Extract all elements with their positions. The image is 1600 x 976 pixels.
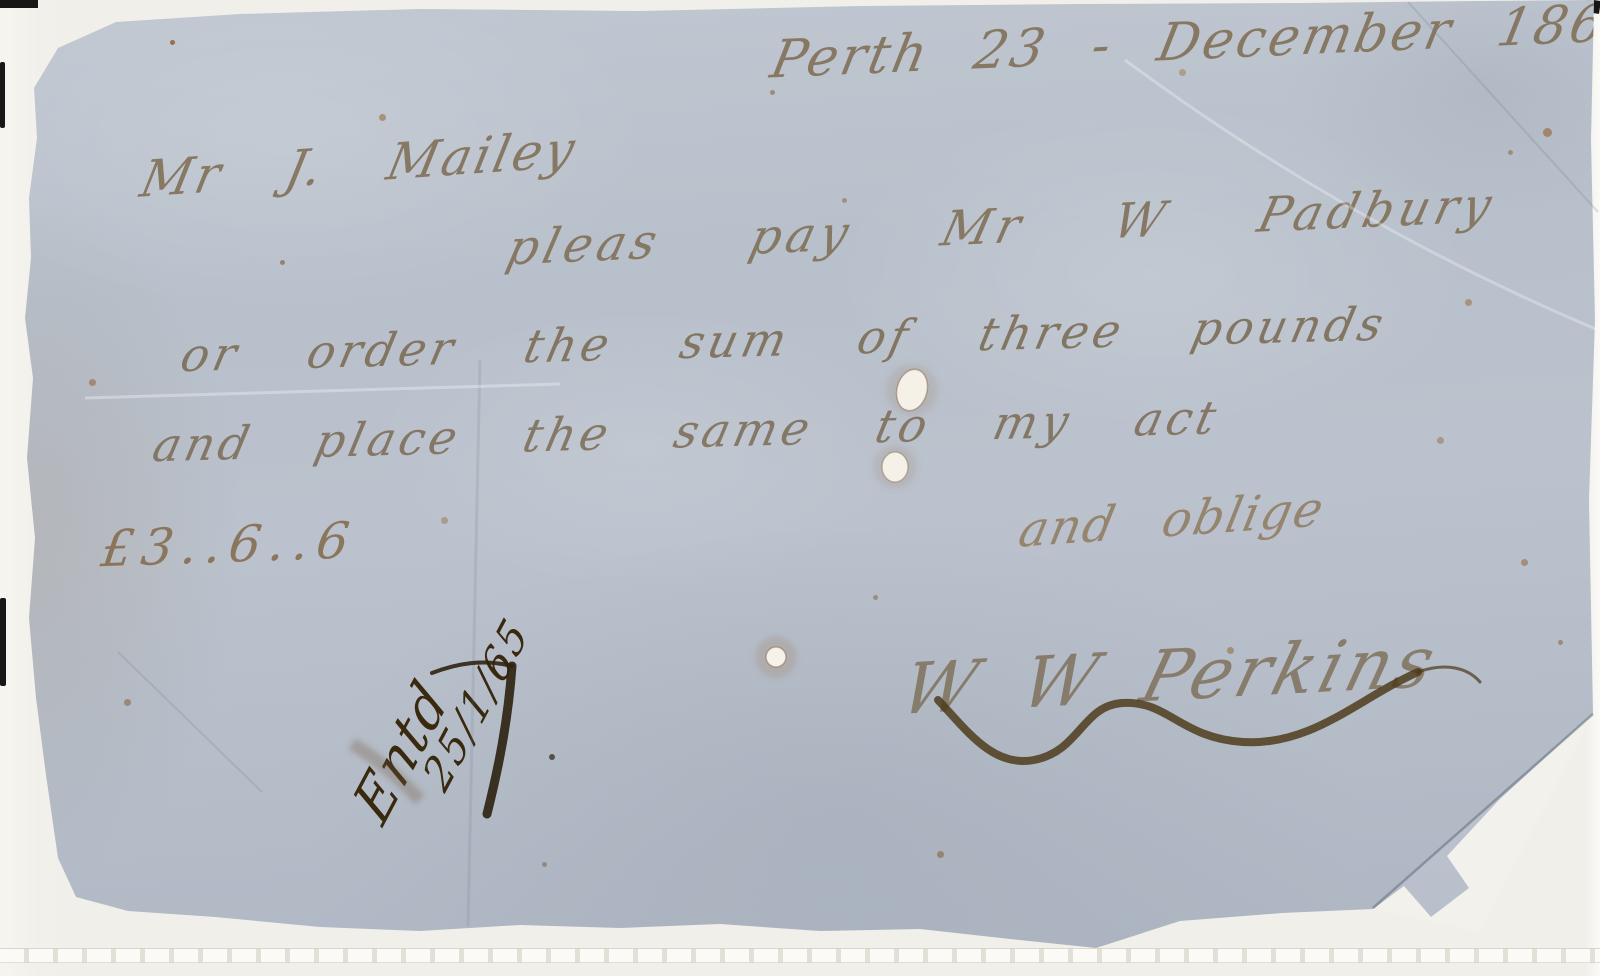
letter-paper: Perth 23 - December 1864 Mr J. Mailey pl…: [0, 0, 1600, 976]
scan-edge-mark: [0, 598, 6, 686]
document-scan: Perth 23 - December 1864 Mr J. Mailey pl…: [0, 0, 1600, 976]
scan-edge-mark: [0, 62, 5, 128]
recipient-line: Mr J. Mailey: [135, 120, 582, 209]
foxing-spots: [170, 40, 175, 45]
clerk-endorsement: Entd 25/1/65: [344, 582, 543, 846]
body-line-2: or order the sum of three pounds: [176, 296, 1392, 382]
body-line-3: and place the same to my act: [148, 390, 1225, 472]
closing-line: and oblige: [1014, 481, 1330, 559]
sleeve-emboss-strip: [0, 948, 1600, 963]
amount-figure: £3..6..6: [98, 511, 361, 578]
date-line: Perth 23 - December 1864: [766, 0, 1600, 91]
signature-text: W W Perkins: [893, 620, 1448, 731]
scan-edge-mark: [0, 0, 38, 8]
body-line-1: pleas pay Mr W Padbury: [501, 177, 1502, 277]
